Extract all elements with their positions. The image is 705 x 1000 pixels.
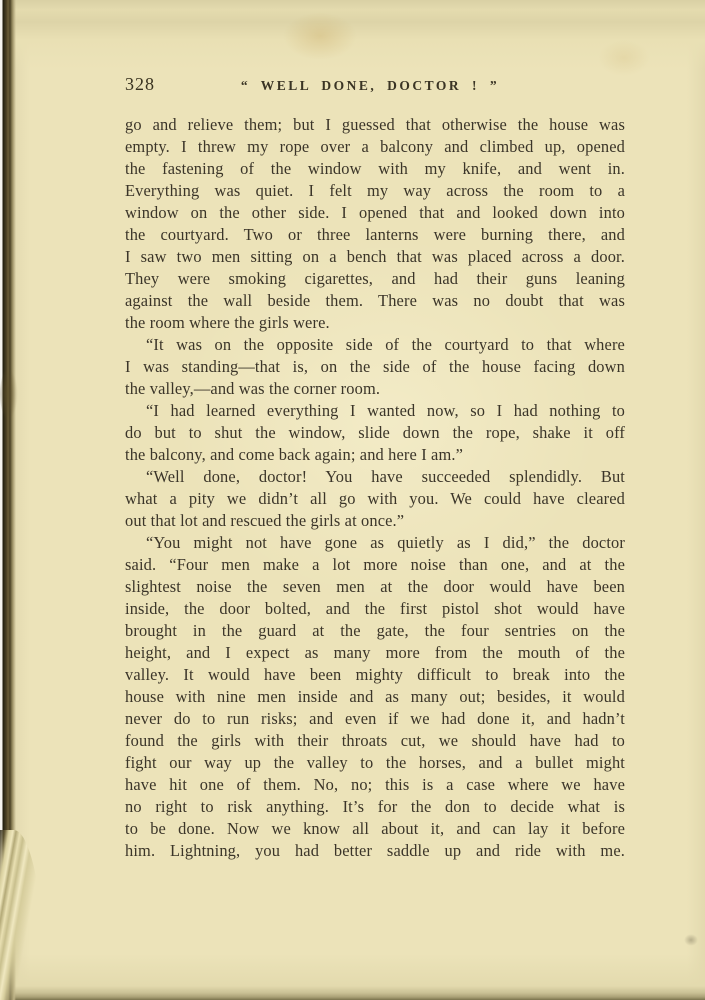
text-line: slightest noise the seven men at the doo… [125, 576, 625, 598]
text-line: brought in the guard at the gate, the fo… [125, 620, 625, 642]
paragraph: “It was on the opposite side of the cour… [125, 334, 625, 400]
text-line: the fastening of the window with my knif… [125, 158, 625, 180]
text-line: go and relieve them; but I guessed that … [125, 114, 625, 136]
text-line: the courtyard. Two or three lanterns wer… [125, 224, 625, 246]
text-line: said. “Four men make a lot more noise th… [125, 554, 625, 576]
text-block: go and relieve them; but I guessed that … [125, 114, 625, 862]
paragraph: “You might not have gone as quietly as I… [125, 532, 625, 862]
text-line: They were smoking cigarettes, and had th… [125, 268, 625, 290]
paper-stain [280, 10, 360, 62]
text-line: “I had learned everything I wanted now, … [125, 400, 625, 422]
text-line: window on the other side. I opened that … [125, 202, 625, 224]
text-line: “It was on the opposite side of the cour… [125, 334, 625, 356]
text-line: have hit one of them. No, no; this is a … [125, 774, 625, 796]
paragraph: go and relieve them; but I guessed that … [125, 114, 625, 334]
text-line: out that lot and rescued the girls at on… [125, 510, 625, 532]
paragraph: “I had learned everything I wanted now, … [125, 400, 625, 466]
text-line: Everything was quiet. I felt my way acro… [125, 180, 625, 202]
text-line: I saw two men sitting on a bench that wa… [125, 246, 625, 268]
text-line: the balcony, and come back again; and he… [125, 444, 625, 466]
text-line: I was standing—that is, on the side of t… [125, 356, 625, 378]
text-line: fight our way up the valley to the horse… [125, 752, 625, 774]
paper-stain [684, 934, 698, 946]
text-line: inside, the door bolted, and the first p… [125, 598, 625, 620]
book-page-scan: 328 “ WELL DONE, DOCTOR ! ” go and relie… [0, 0, 705, 1000]
running-head: “ WELL DONE, DOCTOR ! ” [125, 78, 615, 94]
text-line: do but to shut the window, slide down th… [125, 422, 625, 444]
text-line: house with nine men inside and as many o… [125, 686, 625, 708]
text-line: “Well done, doctor! You have succeeded s… [125, 466, 625, 488]
text-line: to be done. Now we know all about it, an… [125, 818, 625, 840]
text-line: valley. It would have been mighty diffic… [125, 664, 625, 686]
text-line: found the girls with their throats cut, … [125, 730, 625, 752]
text-line: height, and I expect as many more from t… [125, 642, 625, 664]
text-line: him. Lightning, you had better saddle up… [125, 840, 625, 862]
text-line: the valley,—and was the corner room. [125, 378, 625, 400]
text-line: never do to run risks; and even if we ha… [125, 708, 625, 730]
text-line: what a pity we didn’t all go with you. W… [125, 488, 625, 510]
page-header: 328 “ WELL DONE, DOCTOR ! ” [125, 74, 625, 100]
paragraph: “Well done, doctor! You have succeeded s… [125, 466, 625, 532]
text-line: against the wall beside them. There was … [125, 290, 625, 312]
text-line: the room where the girls were. [125, 312, 625, 334]
text-line: “You might not have gone as quietly as I… [125, 532, 625, 554]
paper-stain [596, 38, 652, 78]
text-line: empty. I threw my rope over a balcony an… [125, 136, 625, 158]
book-spine-edge [0, 0, 16, 1000]
text-line: no right to risk anything. It’s for the … [125, 796, 625, 818]
